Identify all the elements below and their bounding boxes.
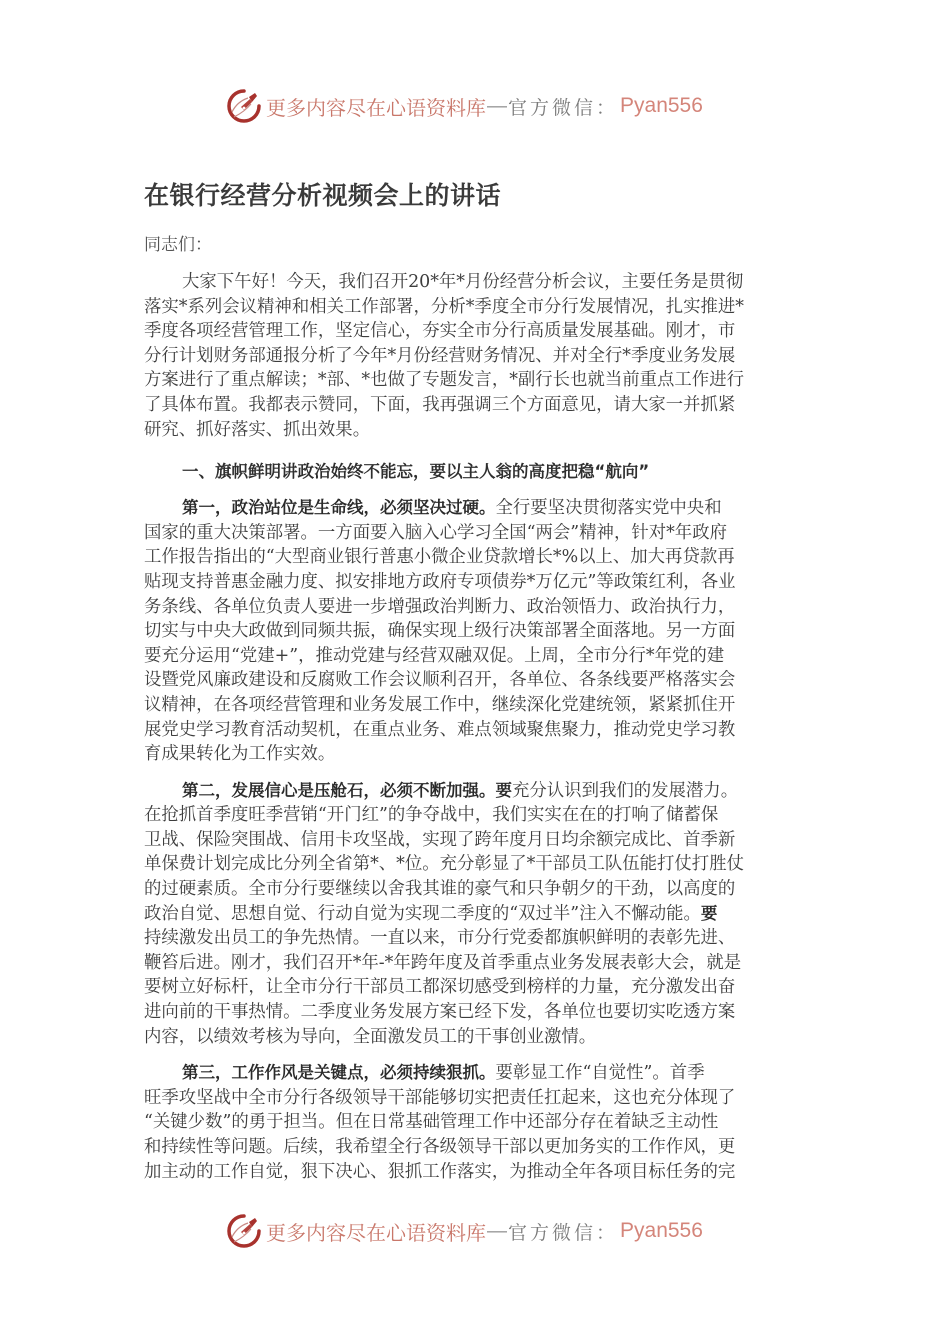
point-1-paragraph: 第一，政治站位是生命线，必须坚决过硬。全行要坚决贯彻落实党中央和 国家的重大决策… [144,496,824,767]
text-line: 工作报告指出的“大型商业银行普惠小微企业贷款增长*%以上、加大再贷款再 [144,545,824,570]
text-line: 落实*系列会议精神和相关工作部署，分析*季度全市分行发展情况，扎实推进* [144,295,824,320]
text-line: 务条线、各单位负责人要进一步增强政治判断力、政治领悟力、政治执行力， [144,595,824,620]
text-line: 的过硬素质。全市分行要继续以舍我其谁的豪气和只争朝夕的干劲，以高度的 [144,877,824,902]
text-line: 研究、抓好落实、抓出效果。 [144,418,824,443]
document-title: 在银行经营分析视频会上的讲话 [144,176,824,216]
banner-wechat-id: Pyan556 [620,94,703,118]
text-line: 育成果转化为工作实效。 [144,742,824,767]
text-line: 要树立好标杆，让全市分行干部员工都深切感受到榜样的力量，充分激发出奋 [144,975,824,1000]
point-2-paragraph: 第二，发展信心是压舱石，必须不断加强。要充分认识到我们的发展潜力。 在抢抓首季度… [144,779,824,1050]
point-1-first-line-rest: 全行要坚决贯彻落实党中央和 [496,498,722,518]
point-3-lead: 第三，工作作风是关键点，必须持续狠抓。 [182,1063,496,1082]
text-line: 进向前的干事热情。二季度业务发展方案已经下发，各单位也要切实吃透方案 [144,1000,824,1025]
banner-wechat-label: 官方微信： [508,1218,618,1245]
text-line: 加主动的工作自觉，狠下决心、狠抓工作落实，为推动全年各项目标任务的完 [144,1160,824,1185]
banner-slogan: 更多内容尽在心语资料库 [266,1217,486,1246]
point-3-paragraph: 第三，工作作风是关键点，必须持续狠抓。要彰显工作“自觉性”。首季 旺季攻坚战中全… [144,1061,824,1184]
text-line: 方案进行了重点解读；*部、*也做了专题发言，*副行长也就当前重点工作进行 [144,368,824,393]
text-line: 国家的重大决策部署。一方面要入脑入心学习全国“两会”精神，针对*年政府 [144,521,824,546]
text-line: 卫战、保险突围战、信用卡攻坚战，实现了跨年度月日均余额完成比、首季新 [144,828,824,853]
text-line: “关键少数”的勇于担当。但在日常基础管理工作中还部分存在着缺乏主动性 [144,1110,824,1135]
section-heading-1: 一、旗帜鲜明讲政治始终不能忘，要以主人翁的高度把稳“航向” [144,458,824,486]
point-1-lead: 第一，政治站位是生命线，必须坚决过硬。 [182,498,496,517]
text-line: 鞭笞后进。刚才，我们召开*年-*年跨年度及首季重点业务发展表彰大会，就是 [144,951,824,976]
text-line: 政治自觉、思想自觉、行动自觉为实现二季度的“双过半”注入不懈动能。要 [144,902,824,927]
banner-slogan: 更多内容尽在心语资料库 [266,92,486,121]
text-line: 第一，政治站位是生命线，必须坚决过硬。全行要坚决贯彻落实党中央和 [144,496,824,521]
footer-banner: 更多内容尽在心语资料库 — 官方微信： Pyan556 [226,1209,726,1253]
text-line: 大家下午好！今天，我们召开20*年*月份经营分析会议，主要任务是贯彻 [144,270,824,295]
banner-dash: — [487,95,507,118]
point-2-lead: 第二，发展信心是压舱石，必须不断加强。要 [182,781,512,800]
document-page: 在银行经营分析视频会上的讲话 同志们： 大家下午好！今天，我们召开20*年*月份… [144,176,824,1184]
header-banner: 更多内容尽在心语资料库 — 官方微信： Pyan556 [226,84,726,128]
text-line: 单保费计划完成比分列全省第*、*位。充分彰显了*干部员工队伍能打仗打胜仗 [144,852,824,877]
text-line: 议精神，在各项经营管理和业务发展工作中，继续深化党建统领，紧紧抓住开 [144,693,824,718]
text-line: 和持续性等问题。后续，我希望全行各级领导干部以更加务实的工作作风，更 [144,1135,824,1160]
text-line: 贴现支持普惠金融力度、拟安排地方政府专项债券*万亿元”等政策红利，各业 [144,570,824,595]
text-line: 展党史学习教育活动契机，在重点业务、难点领域聚焦聚力，推动党史学习教 [144,718,824,743]
text-line: 设暨党风廉政建设和反腐败工作会议顺利召开，各单位、各条线要严格落实会 [144,668,824,693]
text-line: 持续激发出员工的争先热情。一直以来，市分行党委都旗帜鲜明的表彰先进、 [144,926,824,951]
text-line: 要充分运用“党建+”，推动党建与经营双融双促。上周，全市分行*年党的建 [144,644,824,669]
text-line: 了具体布置。我都表示赞同，下面，我再强调三个方面意见，请大家一并抓紧 [144,393,824,418]
text-line: 切实与中央大政做到同频共振，确保实现上级行决策部署全面落地。另一方面 [144,619,824,644]
pen-nib-logo-icon [226,1213,262,1249]
intro-paragraph: 大家下午好！今天，我们召开20*年*月份经营分析会议，主要任务是贯彻 落实*系列… [144,270,824,442]
text-line: 季度各项经营管理工作，坚定信心，夯实全市分行高质量发展基础。刚才，市 [144,319,824,344]
pen-nib-logo-icon [226,88,262,124]
salutation: 同志们： [144,230,824,260]
bold-segment: 要 [701,904,718,923]
point-3-first-line-rest: 要彰显工作“自觉性”。首季 [496,1063,705,1083]
text-line: 在抢抓首季度旺季营销“开门红”的争夺战中，我们实实在在的打响了储蓄保 [144,803,824,828]
text-line: 第三，工作作风是关键点，必须持续狠抓。要彰显工作“自觉性”。首季 [144,1061,824,1086]
banner-wechat-id: Pyan556 [620,1219,703,1243]
text-line: 第二，发展信心是压舱石，必须不断加强。要充分认识到我们的发展潜力。 [144,779,824,804]
point-2-first-line-rest: 充分认识到我们的发展潜力。 [512,781,738,801]
banner-wechat-label: 官方微信： [508,93,618,120]
text-line: 分行计划财务部通报分析了今年*月份经营财务情况、并对全行*季度业务发展 [144,344,824,369]
text-line: 旺季攻坚战中全市分行各级领导干部能够切实把责任扛起来，这也充分体现了 [144,1086,824,1111]
text-line: 内容，以绩效考核为导向，全面激发员工的干事创业激情。 [144,1025,824,1050]
text-segment: 政治自觉、思想自觉、行动自觉为实现二季度的“双过半”注入不懈动能。 [144,904,701,924]
banner-dash: — [487,1220,507,1243]
